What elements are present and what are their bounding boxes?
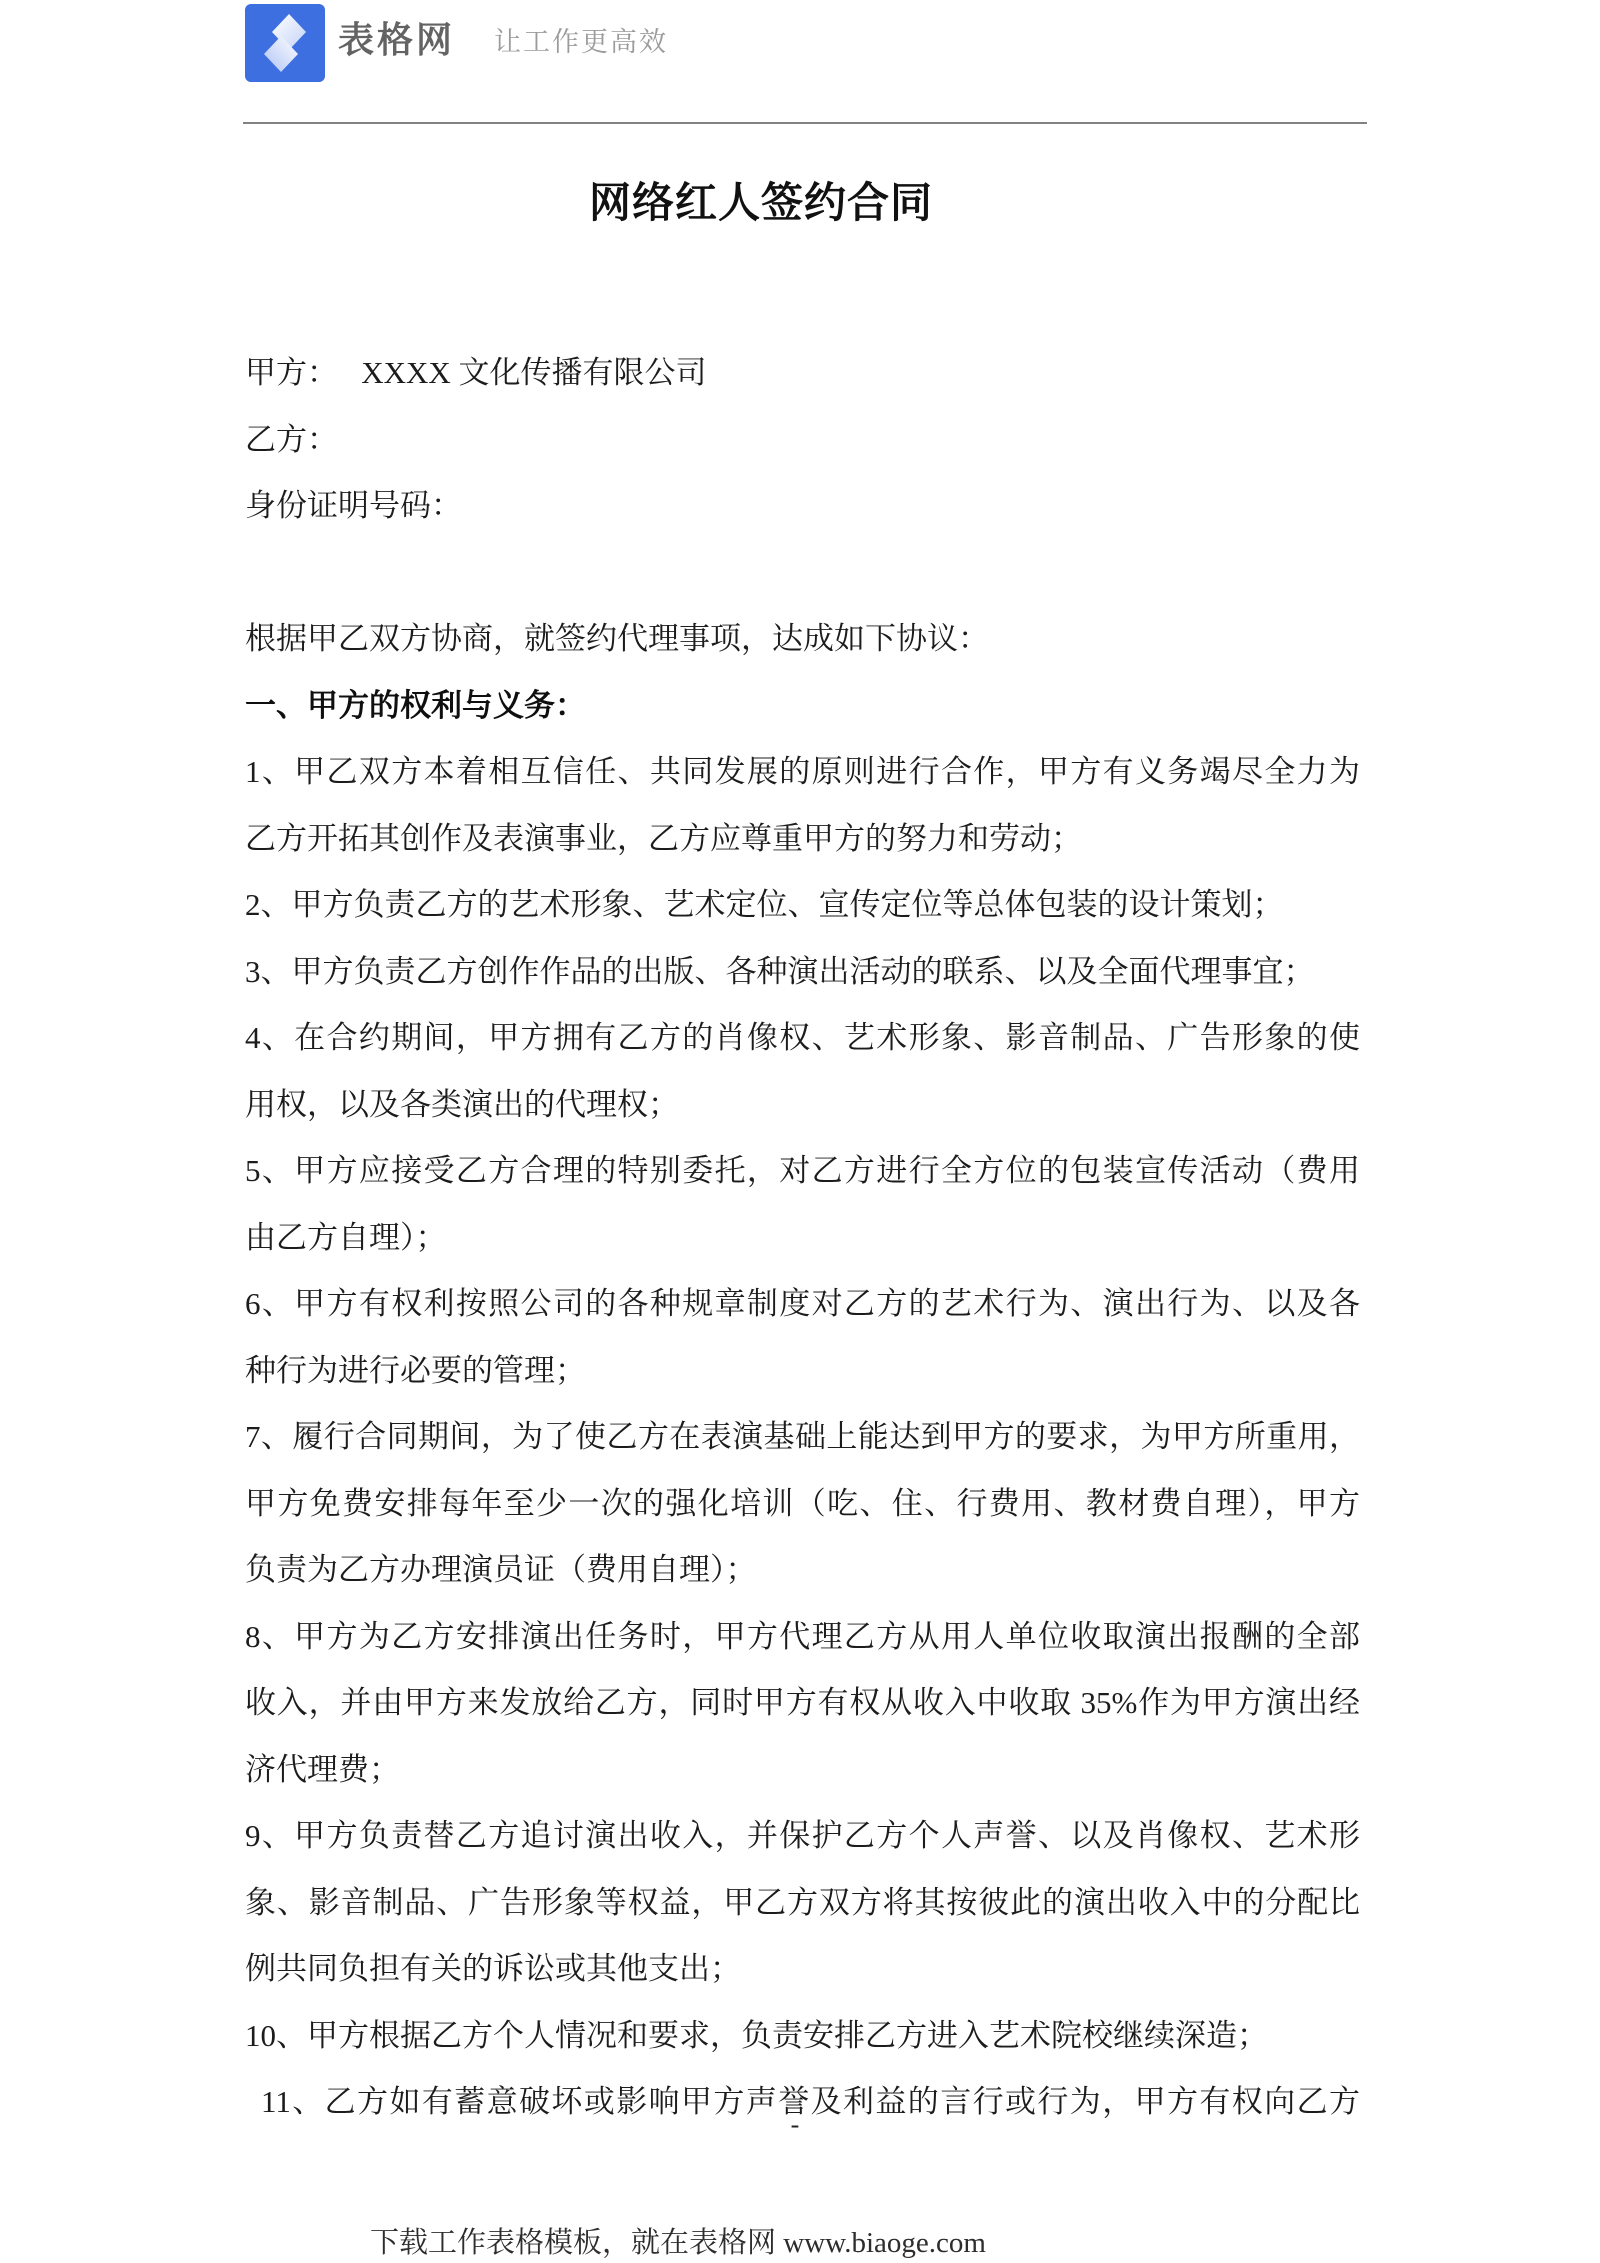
brand-tagline: 让工作更高效 — [494, 29, 668, 56]
contract-line-preamble: 根据甲乙双方协商，就签约代理事项，达成如下协议： — [245, 619, 1360, 659]
brand-name: 表格网 — [338, 22, 455, 58]
contract-line: 收入，并由甲方来发放给乙方，同时甲方有权从收入中收取 35%作为甲方演出经 — [245, 1683, 1360, 1723]
biaoge-logo — [245, 4, 325, 82]
footer-note: 下载工作表格模板，就在表格网 www.biaoge.com — [370, 2226, 986, 2261]
document-page: 表格网 让工作更高效 网络红人签约合同 甲方： XXXX 文化传播有限公司 乙方… — [0, 0, 1600, 2263]
contract-line: 4、在合约期间，甲方拥有乙方的肖像权、艺术形象、影音制品、广告形象的使 — [245, 1018, 1360, 1058]
contract-line: 9、甲方负责替乙方追讨演出收入，并保护乙方个人声誉、以及肖像权、艺术形 — [245, 1816, 1360, 1856]
contract-line: 用权，以及各类演出的代理权； — [245, 1085, 1360, 1125]
contract-line-id-number: 身份证明号码： — [245, 486, 1360, 526]
contract-line: 负责为乙方办理演员证（费用自理）； — [245, 1550, 1360, 1590]
contract-line: 5、甲方应接受乙方合理的特别委托，对乙方进行全方位的包装宣传活动（费用 — [245, 1151, 1360, 1191]
contract-line: 由乙方自理）； — [245, 1218, 1360, 1258]
contract-line: 甲方免费安排每年至少一次的强化培训（吃、住、行费用、教材费自理），甲方 — [245, 1484, 1360, 1524]
contract-line: 种行为进行必要的管理； — [245, 1351, 1360, 1391]
contract-line: 8、甲方为乙方安排演出任务时，甲方代理乙方从用人单位收取演出报酬的全部 — [245, 1617, 1360, 1657]
contract-section-heading: 一、甲方的权利与义务： — [245, 686, 1360, 726]
header-divider — [243, 122, 1367, 124]
contract-line: 乙方开拓其创作及表演事业，乙方应尊重甲方的努力和劳动； — [245, 819, 1360, 859]
page-number-dash: - — [245, 2112, 1345, 2138]
document-title: 网络红人签约合同 — [589, 183, 933, 225]
contract-line: 例共同负担有关的诉讼或其他支出； — [245, 1949, 1360, 1989]
contract-line-party-b: 乙方： — [245, 420, 1360, 460]
s-diamonds-icon — [245, 4, 325, 82]
contract-line: 10、甲方根据乙方个人情况和要求，负责安排乙方进入艺术院校继续深造； — [245, 2016, 1360, 2056]
contract-line: 象、影音制品、广告形象等权益，甲乙方双方将其按彼此的演出收入中的分配比 — [245, 1883, 1360, 1923]
contract-line: 济代理费； — [245, 1750, 1360, 1790]
contract-line: 6、甲方有权利按照公司的各种规章制度对乙方的艺术行为、演出行为、以及各 — [245, 1284, 1360, 1324]
contract-line: 1、甲乙双方本着相互信任、共同发展的原则进行合作，甲方有义务竭尽全力为 — [245, 752, 1360, 792]
contract-line-party-a: 甲方： XXXX 文化传播有限公司 — [245, 353, 1360, 393]
contract-line: 3、甲方负责乙方创作作品的出版、各种演出活动的联系、以及全面代理事宜； — [245, 952, 1360, 992]
contract-line: 2、甲方负责乙方的艺术形象、艺术定位、宣传定位等总体包装的设计策划； — [245, 885, 1360, 925]
contract-line: 7、履行合同期间，为了使乙方在表演基础上能达到甲方的要求，为甲方所重用， — [245, 1417, 1360, 1457]
